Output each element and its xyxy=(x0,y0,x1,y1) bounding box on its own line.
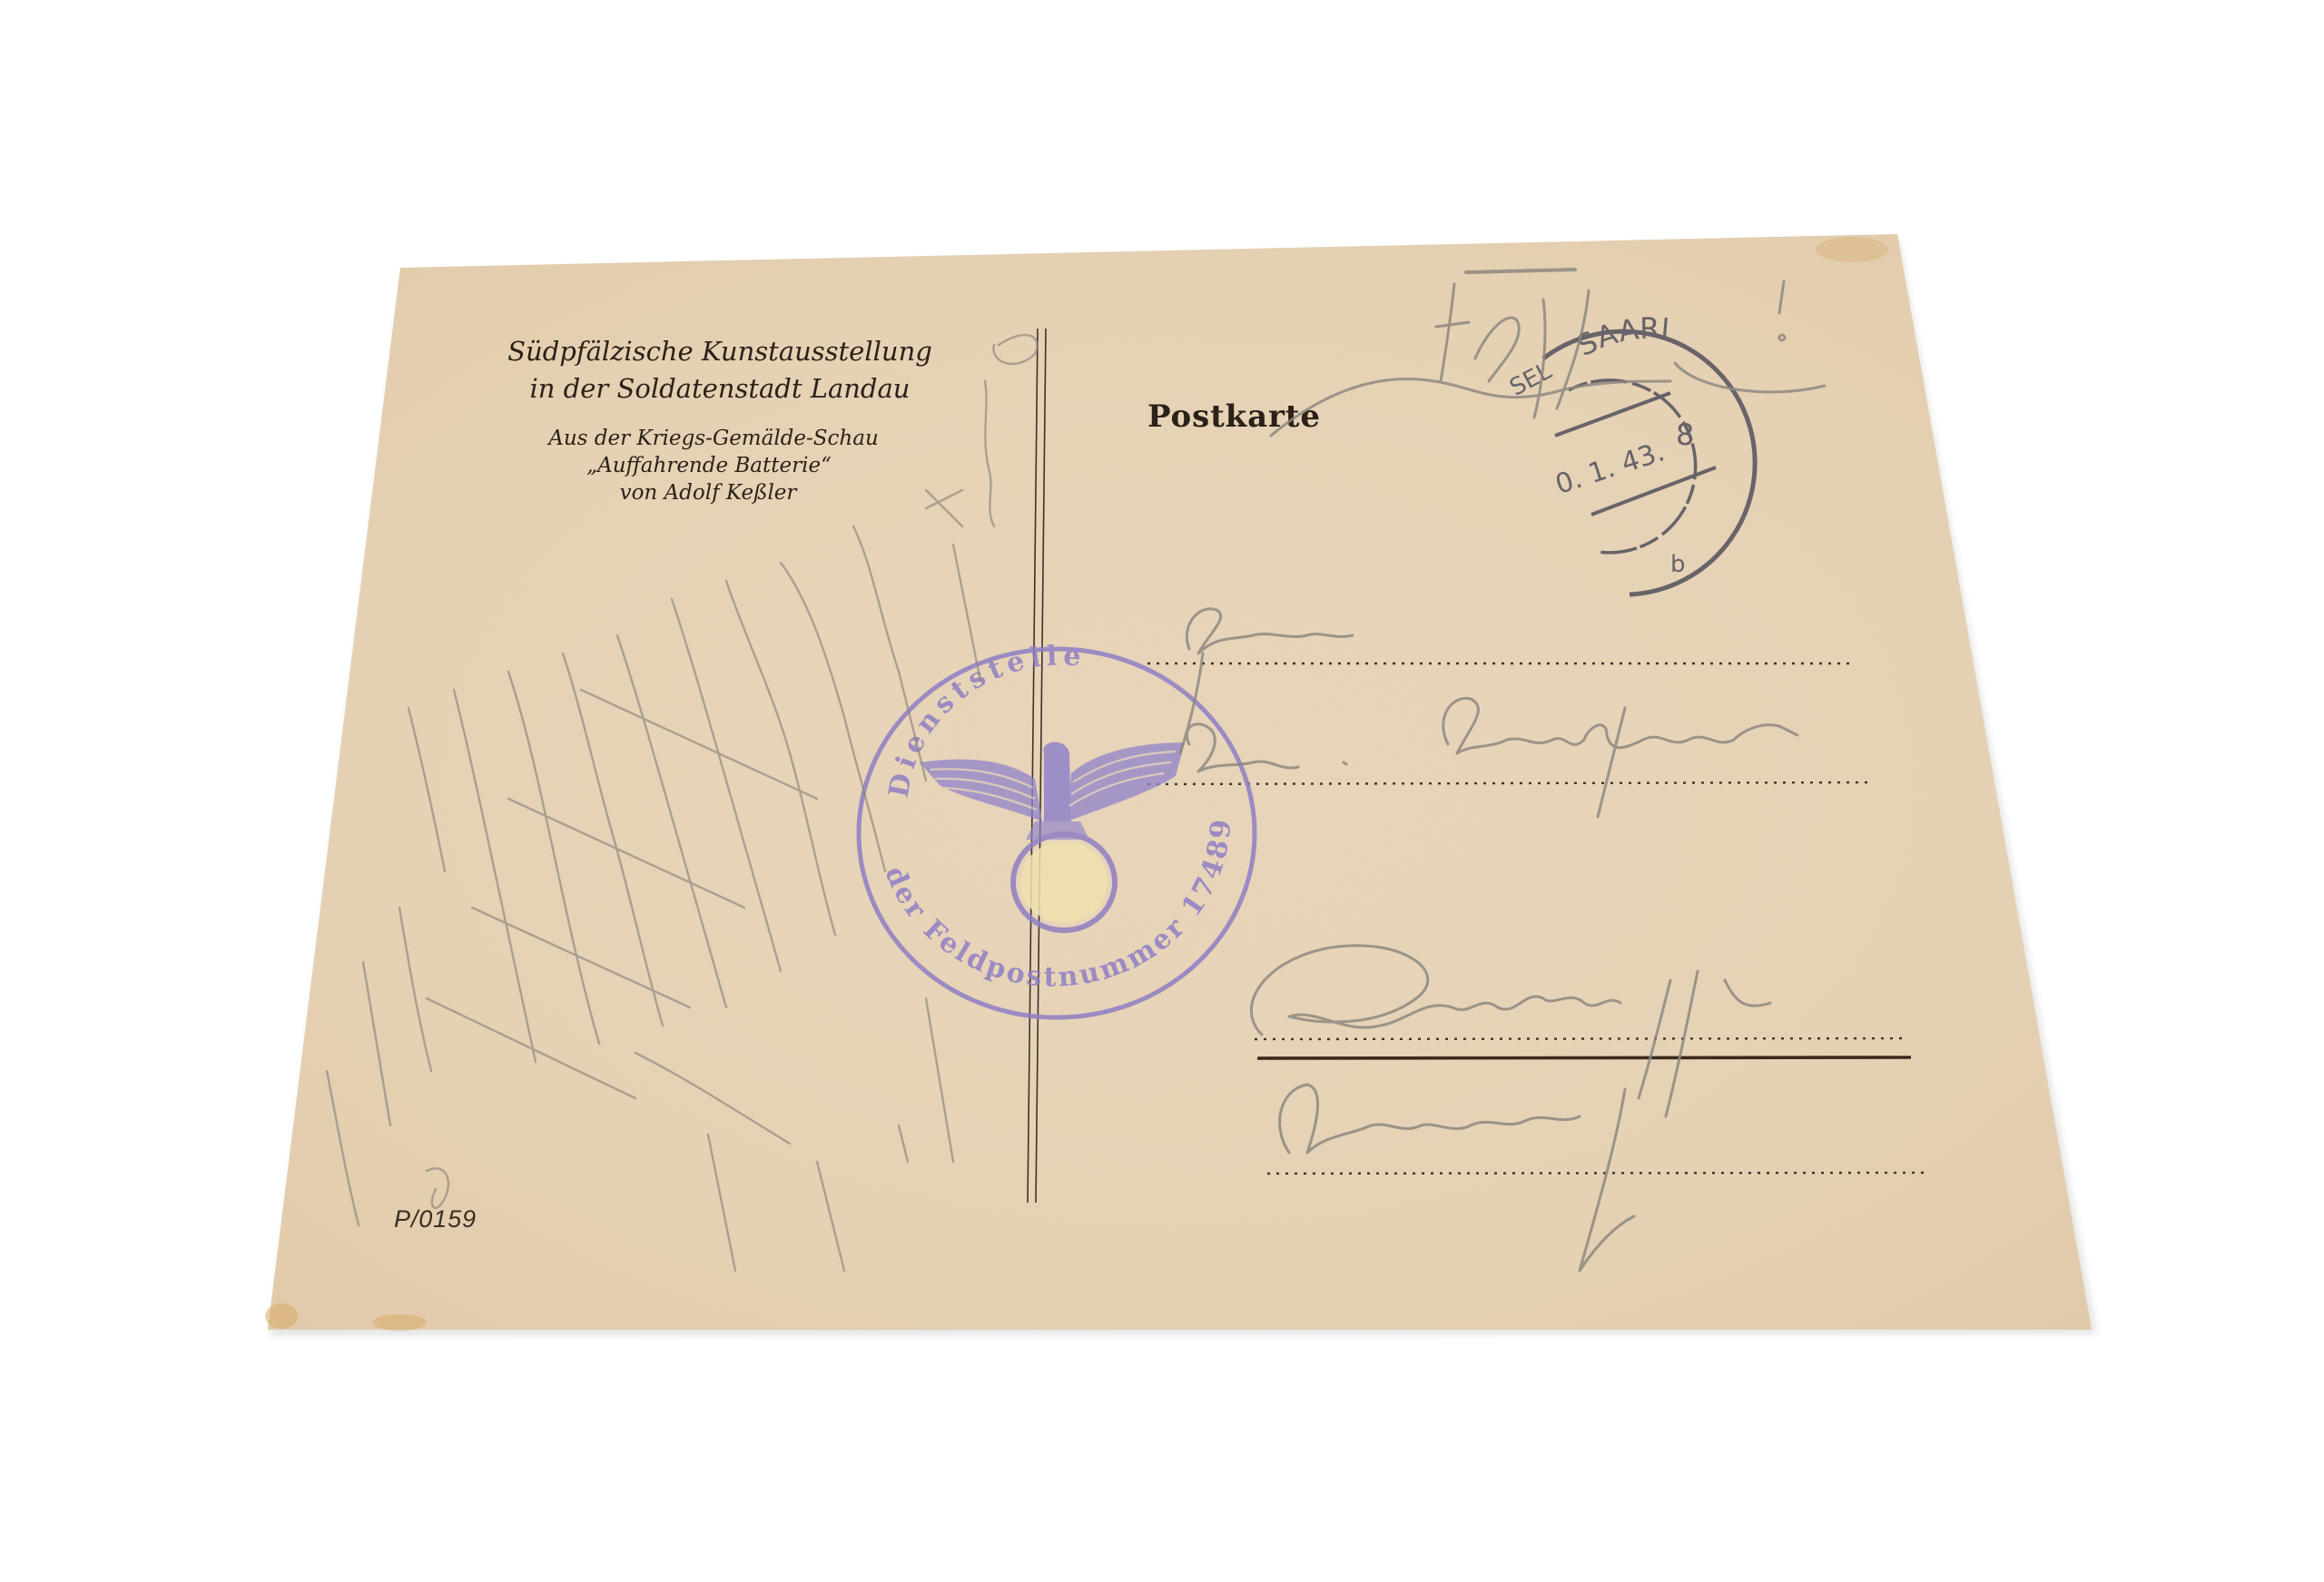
caption-line-4: „Auffahrende Batterie“ xyxy=(586,454,832,477)
postmark-hour: 8 xyxy=(1676,418,1694,452)
address-solid-line xyxy=(1257,1057,1911,1058)
stain xyxy=(265,1303,298,1329)
stain xyxy=(1816,237,1888,262)
caption-line-3: Aus der Kriegs-Gemälde-Schau xyxy=(547,427,879,450)
stamp-center-disc xyxy=(1020,841,1108,923)
postcard-photo: Südpfälzische Kunstausstellung in der So… xyxy=(0,0,2324,1582)
caption-line-5: von Adolf Keßler xyxy=(620,481,799,505)
caption-line-1: Südpfälzische Kunstausstellung xyxy=(507,336,932,367)
postmark-letter: b xyxy=(1670,551,1686,578)
caption-line-2: in der Soldatenstadt Landau xyxy=(530,373,911,404)
print-code: P/0159 xyxy=(394,1205,476,1233)
stain xyxy=(372,1314,427,1331)
